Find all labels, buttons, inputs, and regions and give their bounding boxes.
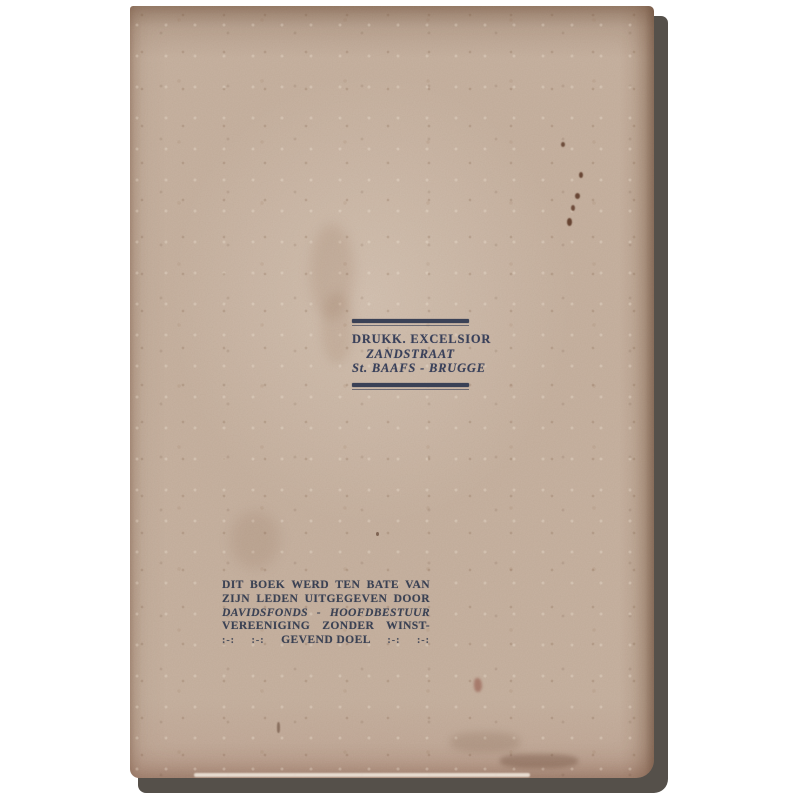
stain-center-smudge-lower (321, 292, 353, 364)
scanned-photo: DRUKK. EXCELSIOR ZANDSTRAAT St. BAAFS - … (0, 0, 800, 800)
page-bottom-edge-highlight (194, 773, 530, 777)
foxing-spot (561, 142, 565, 147)
imprint-street: ZANDSTRAAT (352, 347, 469, 362)
colophon-line-5-text: GEVEND DOEL (281, 633, 371, 647)
stain-speck (277, 722, 280, 733)
colophon-line-4: VEREENIGING ZONDER WINST- (222, 619, 430, 633)
imprint-bottom-rule (352, 383, 469, 390)
colophon-line-3: DAVIDSFONDS - HOOFDBESTUUR (222, 606, 430, 620)
foxing-spot (575, 193, 580, 199)
paper-grain-texture (130, 6, 654, 778)
stain-red-mark (474, 678, 482, 692)
stain-center-smudge (310, 224, 354, 320)
foxing-spot (571, 205, 575, 211)
foxing-spot (376, 532, 379, 536)
colophon-line-2: ZIJN LEDEN UITGEGEVEN DOOR (222, 592, 430, 606)
colophon-line-1: DIT BOEK WERD TEN BATE VAN (222, 578, 430, 592)
ornament: :-: (417, 634, 430, 648)
imprint-top-rule (352, 319, 469, 326)
colophon-text-block: DIT BOEK WERD TEN BATE VAN ZIJN LEDEN UI… (222, 578, 430, 648)
foxing-spot (567, 218, 572, 226)
book-back-cover: DRUKK. EXCELSIOR ZANDSTRAAT St. BAAFS - … (130, 6, 654, 778)
imprint-printer-name: DRUKK. EXCELSIOR (352, 332, 469, 347)
ornament: :-: (387, 634, 400, 648)
imprint-city: St. BAAFS - BRUGGE (352, 361, 469, 376)
printer-imprint-box: DRUKK. EXCELSIOR ZANDSTRAAT St. BAAFS - … (352, 319, 469, 390)
stain-bottom-cluster (500, 754, 578, 768)
ornament: :-: (252, 634, 265, 648)
stain-bottom-smudge (450, 732, 520, 752)
imprint-text: DRUKK. EXCELSIOR ZANDSTRAAT St. BAAFS - … (352, 326, 469, 383)
stain-middle-faint (230, 511, 280, 569)
foxing-spot (579, 172, 583, 178)
ornament: :-: (222, 634, 235, 648)
colophon-line-5: :-: :-: GEVEND DOEL :-: :-: (222, 633, 430, 648)
